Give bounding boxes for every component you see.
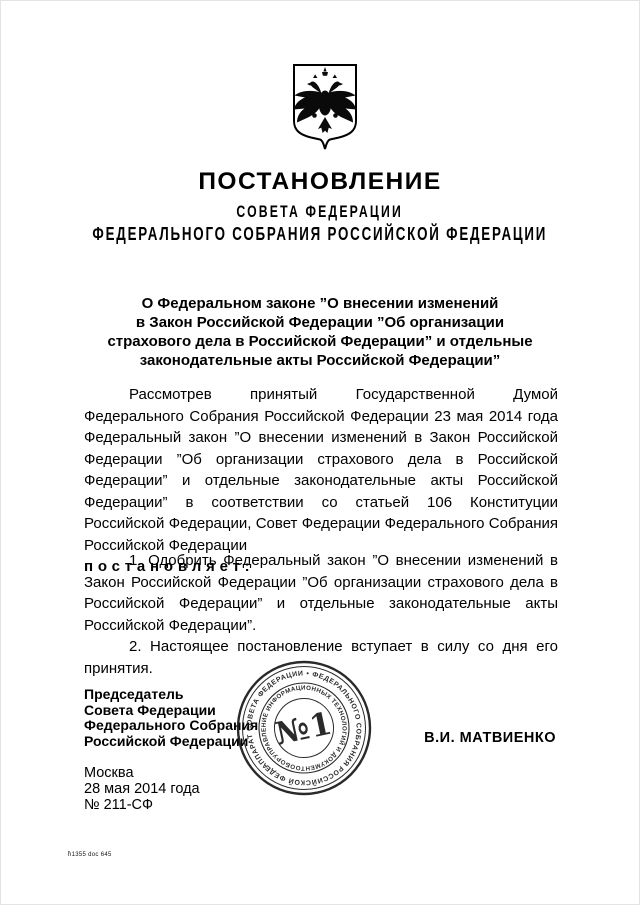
- subject-line: в Закон Российской Федерации ”Об организ…: [1, 313, 639, 332]
- subject-line: законодательные акты Российской Федераци…: [1, 351, 639, 370]
- signer-name: В.И. МАТВИЕНКО: [406, 730, 556, 746]
- subject-line: страхового дела в Российской Федерации” …: [1, 332, 639, 351]
- stamp-number: №1: [272, 705, 335, 752]
- issue-place: Москва: [84, 765, 200, 781]
- subject-title: О Федеральном законе ”О внесении изменен…: [1, 294, 639, 370]
- issue-date: 28 мая 2014 года: [84, 781, 200, 797]
- place-date-block: Москва 28 мая 2014 года № 211-СФ: [84, 765, 200, 813]
- document-type-title: ПОСТАНОВЛЕНИЕ: [1, 168, 639, 196]
- preamble-block: Рассмотрев принятый Государственной Думо…: [84, 384, 558, 578]
- double-headed-eagle-icon: [294, 67, 356, 133]
- issuer-line-1: СОВЕТА ФЕДЕРАЦИИ: [1, 204, 639, 221]
- subject-line: О Федеральном законе ”О внесении изменен…: [1, 294, 639, 313]
- decree-page: ПОСТАНОВЛЕНИЕ СОВЕТА ФЕДЕРАЦИИ ФЕДЕРАЛЬН…: [0, 0, 640, 905]
- preamble-text: Рассмотрев принятый Государственной Думо…: [84, 384, 558, 556]
- russian-coat-of-arms-icon: [286, 62, 364, 152]
- resolution-item-1: 1. Одобрить Федеральный закон ”О внесени…: [84, 550, 558, 636]
- document-header: ПОСТАНОВЛЕНИЕ СОВЕТА ФЕДЕРАЦИИ ФЕДЕРАЛЬН…: [1, 168, 639, 245]
- document-number: № 211-СФ: [84, 797, 200, 813]
- scan-footnote: ћ1355 doc 645: [68, 852, 112, 858]
- round-seal-icon: АППАРАТ СОВЕТА ФЕДЕРАЦИИ • ФЕДЕРАЛЬНОГО …: [217, 641, 390, 814]
- issuer-line-2: ФЕДЕРАЛЬНОГО СОБРАНИЯ РОССИЙСКОЙ ФЕДЕРАЦ…: [1, 225, 639, 245]
